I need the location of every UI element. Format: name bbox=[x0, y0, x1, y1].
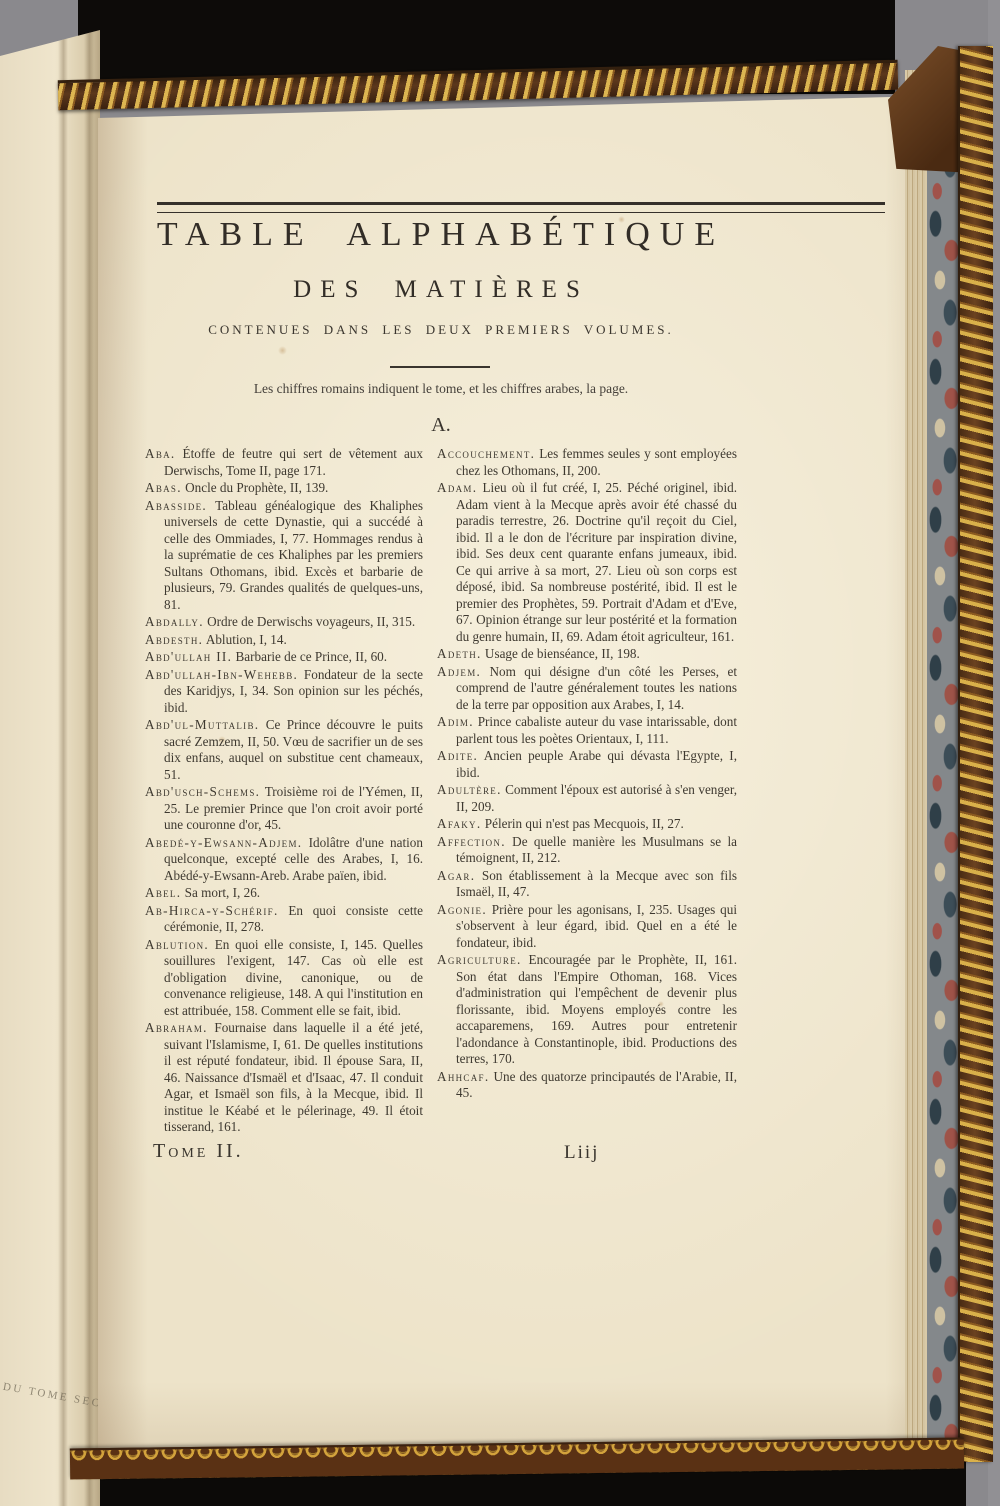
index-column-right: Accouchement. Les femmes seules y sont e… bbox=[437, 446, 737, 1137]
entry-headword: Abraham. bbox=[145, 1020, 208, 1035]
entry-headword: Ab-Hirca-y-Schérif. bbox=[145, 903, 279, 918]
entry-headword: Adeth. bbox=[437, 646, 482, 661]
foxing-spot bbox=[278, 346, 287, 355]
entry-headword: Afaky. bbox=[437, 816, 481, 831]
gilt-border-right bbox=[958, 46, 993, 1462]
index-entry: Agonie. Prière pour les agonisans, I, 23… bbox=[437, 902, 737, 952]
index-entry: Aba. Étoffe de feutre qui sert de vêteme… bbox=[145, 446, 423, 479]
entry-body: Pélerin qui n'est pas Mecquois, II, 27. bbox=[485, 816, 684, 831]
entry-headword: Abd'ullah II. bbox=[145, 649, 232, 664]
entry-headword: Agar. bbox=[437, 868, 475, 883]
index-entry: Afaky. Pélerin qui n'est pas Mecquois, I… bbox=[437, 816, 737, 833]
index-columns: Aba. Étoffe de feutre qui sert de vêteme… bbox=[145, 446, 737, 1137]
marbled-endpaper-edge bbox=[927, 58, 958, 1454]
index-entry: Abd'ullah II. Barbarie de ce Prince, II,… bbox=[145, 649, 423, 666]
entry-headword: Adultère. bbox=[437, 782, 502, 797]
entry-headword: Abdally. bbox=[145, 614, 204, 629]
entry-headword: Abel. bbox=[145, 885, 181, 900]
index-entry: Adultère. Comment l'époux est autorisé à… bbox=[437, 782, 737, 815]
index-entry: Affection. De quelle manière les Musulma… bbox=[437, 834, 737, 867]
entry-headword: Abas. bbox=[145, 480, 182, 495]
entry-headword: Agonie. bbox=[437, 902, 487, 917]
entry-headword: Ablution. bbox=[145, 937, 209, 952]
page-title: TABLE ALPHABÉTIQUE bbox=[145, 216, 737, 254]
previous-page-edge: E RELIGIEUX chez cette nation où lessein… bbox=[0, 30, 100, 1506]
index-entry: Ahhcaf. Une des quatorze principautés de… bbox=[437, 1069, 737, 1102]
index-entry: Agriculture. Encouragée par le Prophète,… bbox=[437, 952, 737, 1068]
fore-edge-leaves bbox=[905, 70, 927, 1454]
book-photograph: E RELIGIEUX chez cette nation où lessein… bbox=[0, 0, 1000, 1506]
book-page: TABLE ALPHABÉTIQUE DES MATIÈRES CONTENUE… bbox=[98, 96, 927, 1464]
index-entry: Adite. Ancien peuple Arabe qui dévasta l… bbox=[437, 748, 737, 781]
page-subtitle: DES MATIÈRES bbox=[145, 276, 737, 304]
entry-headword: Agriculture. bbox=[437, 952, 522, 967]
index-entry: Abd'ul-Muttalib. Ce Prince découvre le p… bbox=[145, 717, 423, 783]
entry-body: Étoffe de feutre qui sert de vêtement au… bbox=[164, 446, 423, 478]
index-entry: Abdally. Ordre de Derwischs voyageurs, I… bbox=[145, 614, 423, 631]
entry-headword: Affection. bbox=[437, 834, 506, 849]
entry-body: Son établissement à la Mecque avec son f… bbox=[456, 868, 737, 900]
entry-body: Fournaise dans laquelle il a été jeté, s… bbox=[164, 1020, 423, 1134]
index-entry: Accouchement. Les femmes seules y sont e… bbox=[437, 446, 737, 479]
entry-body: Ancien peuple Arabe qui dévasta l'Egypte… bbox=[456, 748, 737, 780]
entry-body: Nom qui désigne d'un côté les Perses, et… bbox=[456, 664, 737, 712]
entry-body: Usage de bienséance, II, 198. bbox=[485, 646, 640, 661]
index-entry: Adam. Lieu où il fut créé, I, 25. Péché … bbox=[437, 480, 737, 645]
entry-body: Une des quatorze principautés de l'Arabi… bbox=[456, 1069, 737, 1101]
index-entry: Abdesth. Ablution, I, 14. bbox=[145, 632, 423, 649]
index-entry: Agar. Son établissement à la Mecque avec… bbox=[437, 868, 737, 901]
index-entry: Abel. Sa mort, I, 26. bbox=[145, 885, 423, 902]
entry-headword: Abd'usch-Schems. bbox=[145, 784, 260, 799]
entry-headword: Abasside. bbox=[145, 498, 207, 513]
entry-headword: Abdesth. bbox=[145, 632, 203, 647]
usage-note: Les chiffres romains indiquent le tome, … bbox=[145, 381, 737, 397]
entry-headword: Adam. bbox=[437, 480, 477, 495]
index-entry: Adeth. Usage de bienséance, II, 198. bbox=[437, 646, 737, 663]
entry-headword: Abd'ul-Muttalib. bbox=[145, 717, 259, 732]
entry-body: Ablution, I, 14. bbox=[206, 632, 287, 647]
gathering-signature: Liij bbox=[564, 1142, 599, 1164]
entry-body: Tableau généalogique des Khaliphes unive… bbox=[164, 498, 423, 612]
entry-headword: Adite. bbox=[437, 748, 478, 763]
index-entry: Abd'usch-Schems. Troisième roi de l'Yéme… bbox=[145, 784, 423, 834]
entry-headword: Ahhcaf. bbox=[437, 1069, 489, 1084]
divider-rule bbox=[390, 366, 490, 368]
index-entry: Adim. Prince cabaliste auteur du vase in… bbox=[437, 714, 737, 747]
entry-body: Lieu où il fut créé, I, 25. Péché origin… bbox=[456, 480, 737, 644]
index-entry: Abedé-y-Ewsann-Adjem. Idolâtre d'une nat… bbox=[145, 835, 423, 885]
index-entry: Ab-Hirca-y-Schérif. En quoi consiste cet… bbox=[145, 903, 423, 936]
entry-headword: Accouchement. bbox=[437, 446, 535, 461]
tome-signature: Tome II. bbox=[153, 1140, 244, 1163]
index-entry: Abasside. Tableau généalogique des Khali… bbox=[145, 498, 423, 614]
head-rule bbox=[157, 202, 885, 213]
entry-headword: Abedé-y-Ewsann-Adjem. bbox=[145, 835, 302, 850]
entry-body: Prince cabaliste auteur du vase intariss… bbox=[456, 714, 737, 746]
index-entry: Adjem. Nom qui désigne d'un côté les Per… bbox=[437, 664, 737, 714]
entry-body: Sa mort, I, 26. bbox=[185, 885, 260, 900]
index-entry: Abas. Oncle du Prophète, II, 139. bbox=[145, 480, 423, 497]
entry-body: Prière pour les agonisans, I, 235. Usage… bbox=[456, 902, 737, 950]
entry-headword: Adim. bbox=[437, 714, 474, 729]
index-entry: Ablution. En quoi elle consiste, I, 145.… bbox=[145, 937, 423, 1020]
entry-body: Oncle du Prophète, II, 139. bbox=[185, 480, 328, 495]
section-letter: A. bbox=[145, 414, 737, 437]
entry-body: Ordre de Derwischs voyageurs, II, 315. bbox=[207, 614, 415, 629]
entry-headword: Adjem. bbox=[437, 664, 481, 679]
entry-body: Encouragée par le Prophète, II, 161. Son… bbox=[456, 952, 737, 1066]
entry-headword: Aba. bbox=[145, 446, 176, 461]
index-column-left: Aba. Étoffe de feutre qui sert de vêteme… bbox=[145, 446, 423, 1137]
entry-headword: Abd'ullah-Ibn-Wehebb. bbox=[145, 667, 298, 682]
index-entry: Abd'ullah-Ibn-Wehebb. Fondateur de la se… bbox=[145, 667, 423, 717]
index-entry: Abraham. Fournaise dans laquelle il a ét… bbox=[145, 1020, 423, 1136]
scope-line: CONTENUES DANS LES DEUX PREMIERS VOLUMES… bbox=[145, 322, 737, 338]
entry-body: Barbarie de ce Prince, II, 60. bbox=[235, 649, 387, 664]
